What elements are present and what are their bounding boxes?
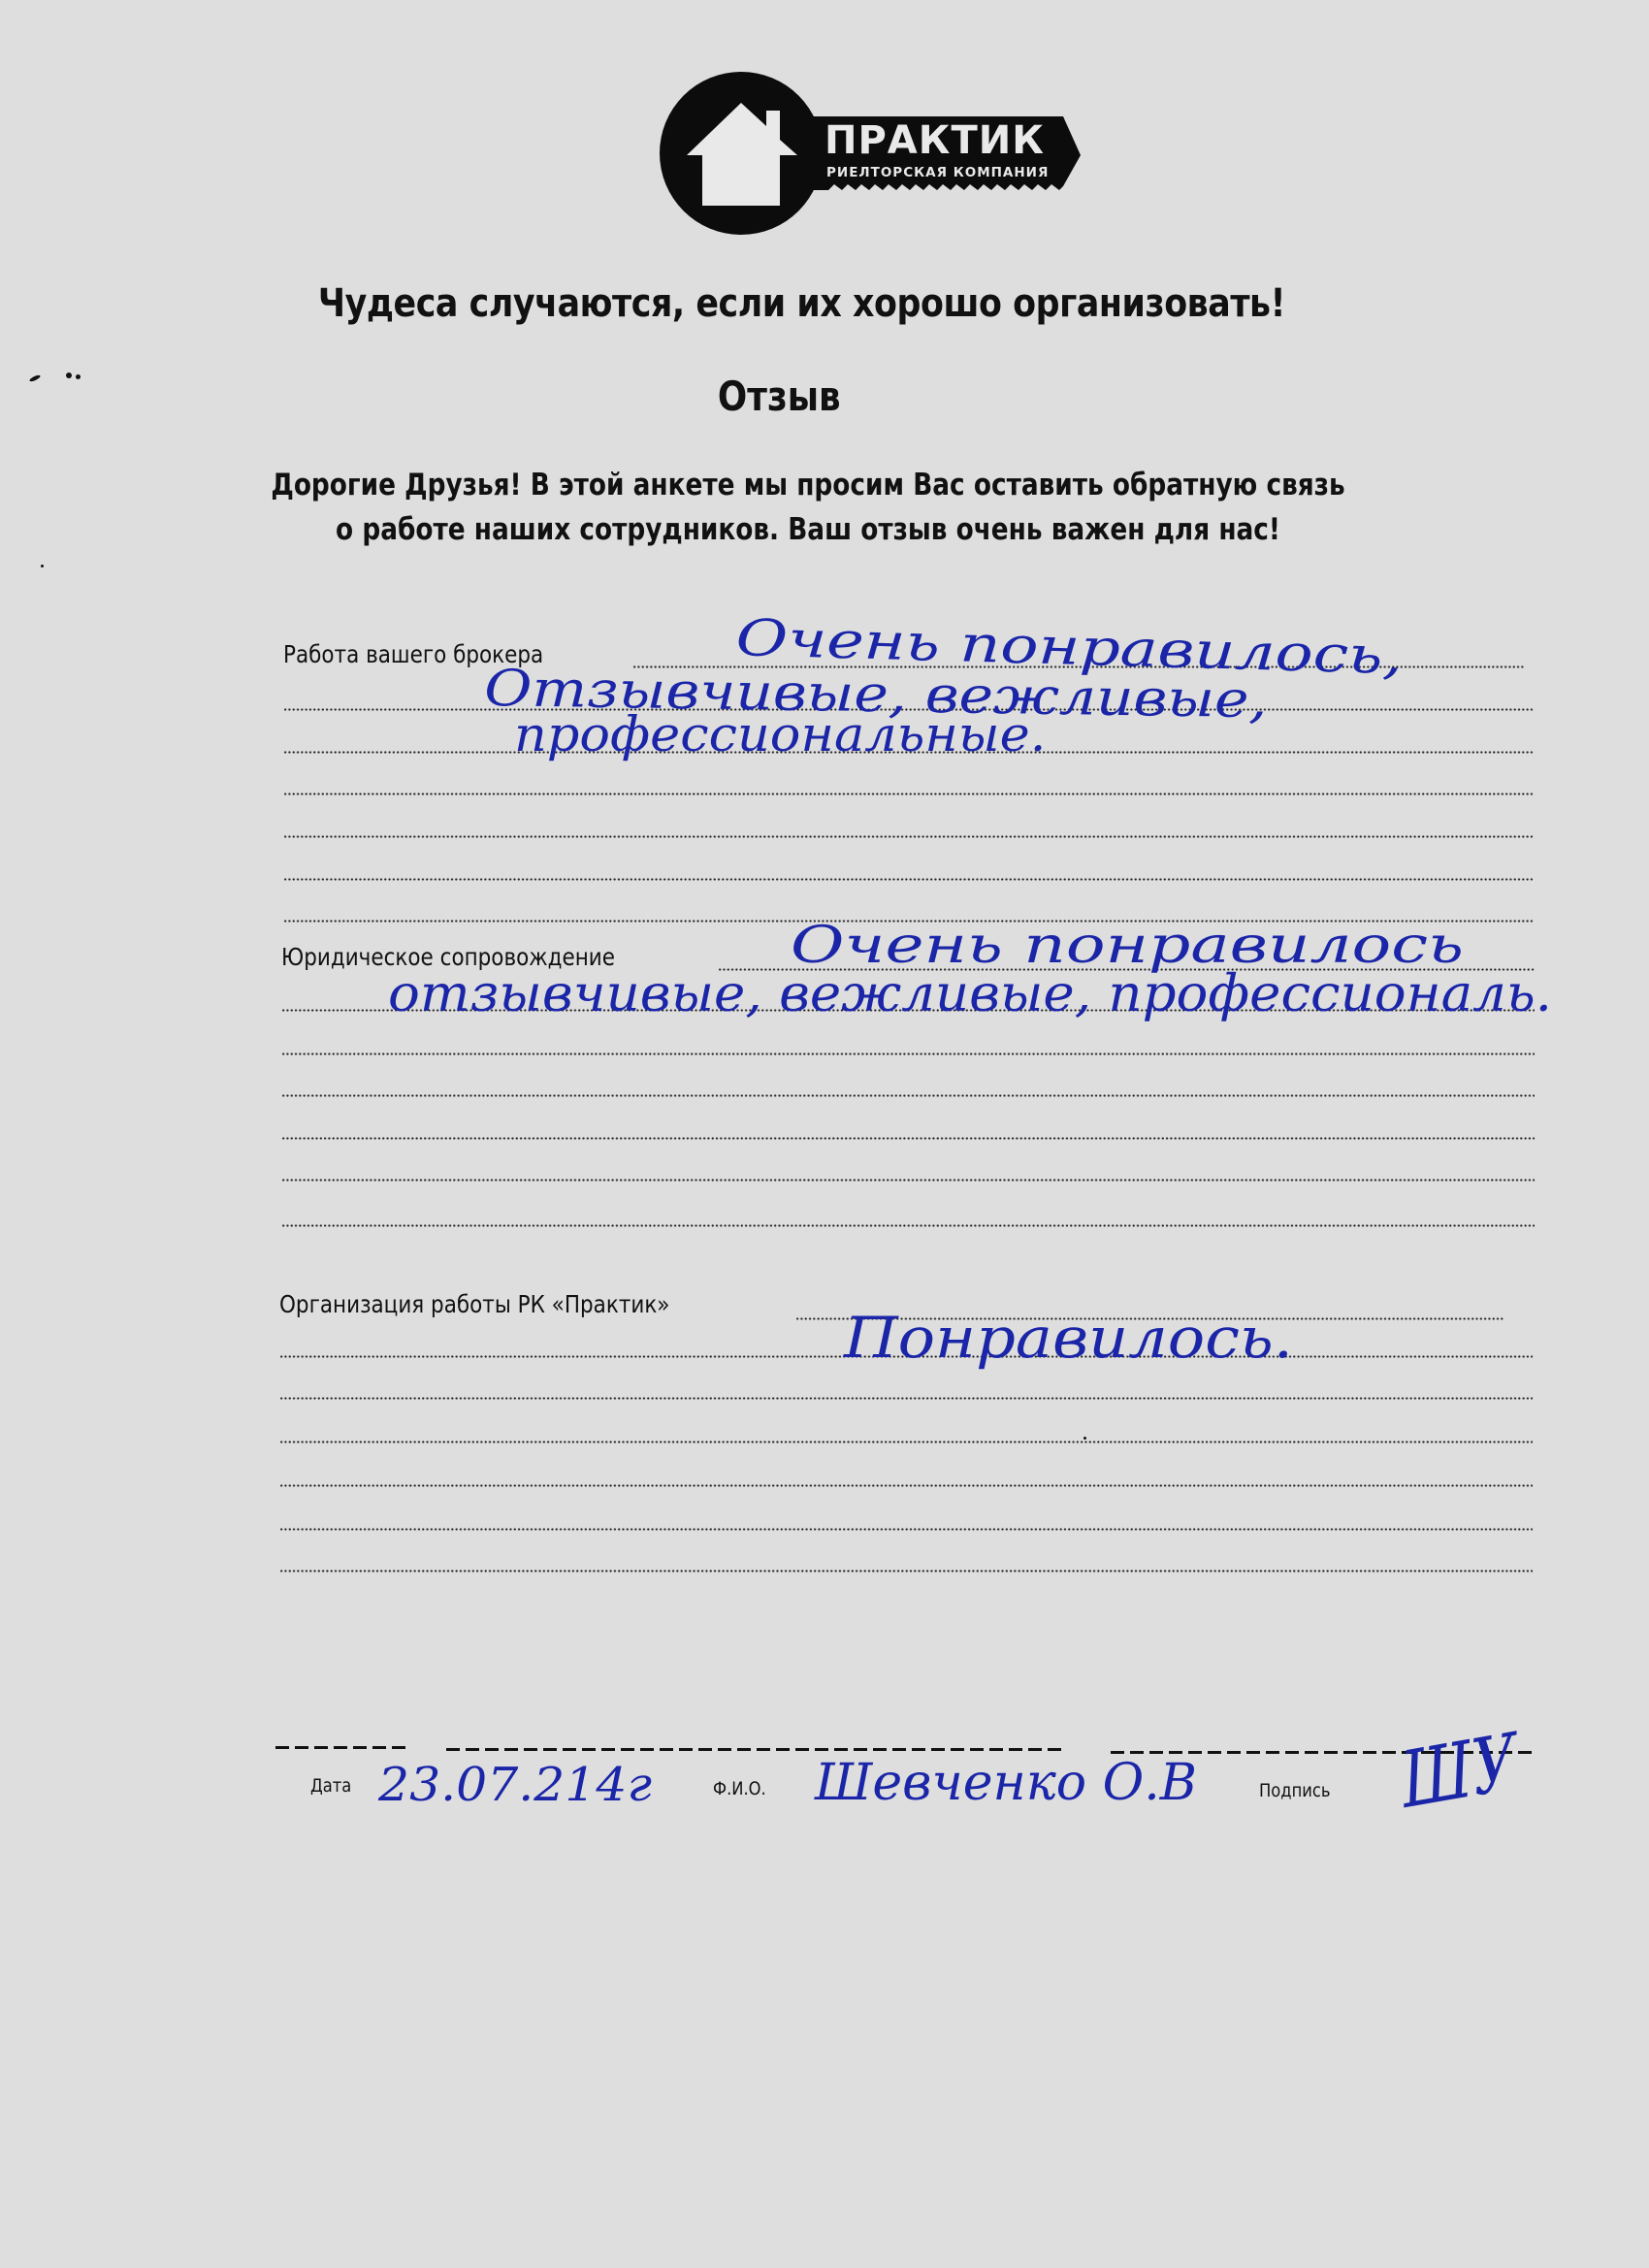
logo-name: ПРАКТИК xyxy=(824,118,1045,163)
answer-line[interactable] xyxy=(281,1179,1535,1182)
name-line[interactable] xyxy=(446,1748,1067,1751)
section-label-organization: Организация работы РК «Практик» xyxy=(279,1290,673,1318)
scan-speck xyxy=(66,373,72,378)
answer-line[interactable] xyxy=(281,1053,1535,1055)
company-logo: ПРАКТИК РИЕЛТОРСКАЯ КОМПАНИЯ xyxy=(658,70,1084,237)
answer-line[interactable] xyxy=(283,878,1535,881)
answer-line[interactable] xyxy=(279,1397,1533,1400)
logo-subtitle: РИЕЛТОРСКАЯ КОМПАНИЯ xyxy=(826,165,1049,180)
date-value: 23.07.214г xyxy=(378,1758,652,1812)
intro-text-line-1: Дорогие Друзья! В этой анкете мы просим … xyxy=(0,468,1616,502)
scan-speck xyxy=(1083,1437,1086,1440)
answer-line[interactable] xyxy=(279,1441,1533,1443)
answer-line[interactable] xyxy=(283,835,1535,838)
answer-line[interactable] xyxy=(283,793,1535,795)
slogan: Чудеса случаются, если их хорошо организ… xyxy=(0,281,1603,326)
scan-speck xyxy=(76,374,81,379)
answer-line[interactable] xyxy=(279,1484,1533,1487)
answer-line[interactable] xyxy=(281,1137,1535,1140)
signature-value: ШУ xyxy=(1397,1716,1521,1826)
intro-text-line-2: о работе наших сотрудников. Ваш отзыв оч… xyxy=(0,512,1616,547)
handwritten-answer: отзывчивые, вежливые, профессиональ. xyxy=(388,965,1552,1023)
page-title: Отзыв xyxy=(0,373,1559,420)
answer-line[interactable] xyxy=(281,1224,1535,1227)
answer-line[interactable] xyxy=(281,1094,1535,1097)
scan-speck xyxy=(41,565,44,567)
date-line[interactable] xyxy=(275,1746,411,1749)
answer-line[interactable] xyxy=(279,1528,1533,1531)
signature-label: Подпись xyxy=(1259,1780,1331,1801)
handwritten-answer: Понравилось. xyxy=(844,1305,1293,1371)
handwritten-answer: профессиональные. xyxy=(514,706,1046,762)
name-label: Ф.И.О. xyxy=(713,1778,766,1799)
date-label: Дата xyxy=(310,1775,351,1797)
name-value: Шевченко О.В xyxy=(815,1754,1197,1812)
answer-line[interactable] xyxy=(279,1570,1533,1572)
